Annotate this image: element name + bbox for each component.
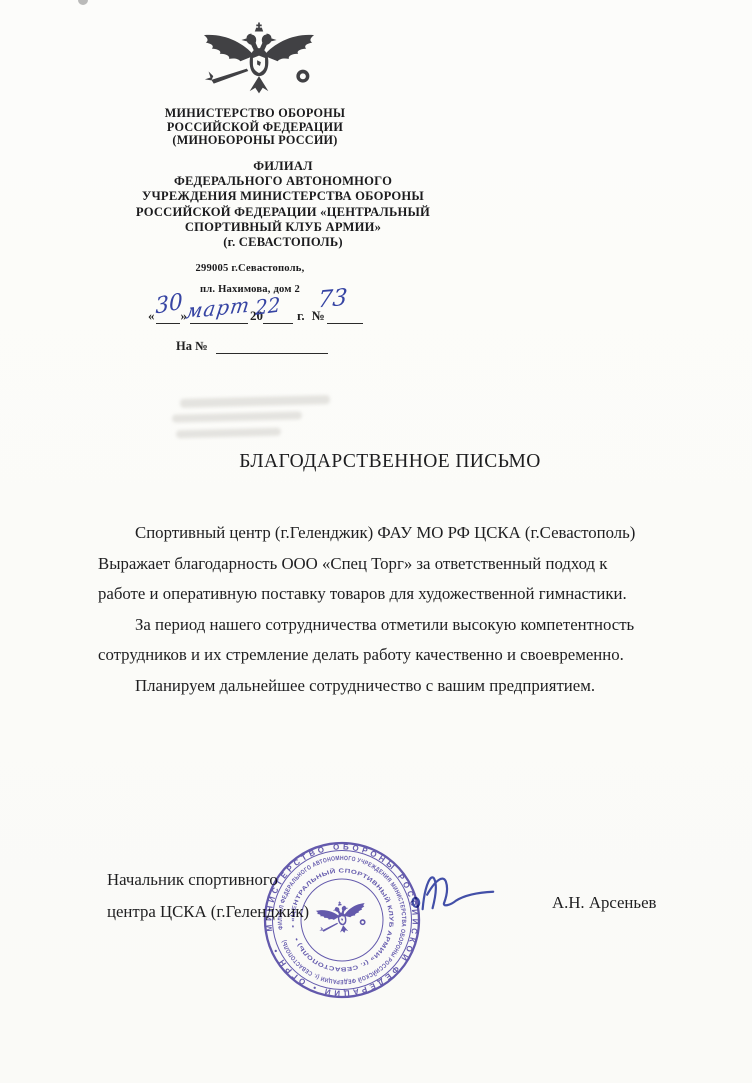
ministry-line: МИНИСТЕРСТВО ОБОРОНЫ bbox=[85, 107, 425, 121]
branch-line: ФИЛИАЛ bbox=[113, 159, 453, 174]
body-line: сотрудников и их стремление делать работ… bbox=[98, 640, 708, 671]
body-line: работе и оперативную поставку товаров дл… bbox=[98, 579, 708, 610]
reference-blank-line bbox=[216, 338, 328, 354]
reference-number-line: На № bbox=[176, 336, 328, 354]
ministry-line: (МИНОБОРОНЫ РОССИИ) bbox=[85, 134, 425, 148]
signer-name: А.Н. Арсеньев bbox=[552, 893, 656, 913]
reference-label: На № bbox=[176, 339, 208, 354]
bleed-through-artifact bbox=[172, 411, 302, 422]
letter-title: БЛАГОДАРСТВЕННОЕ ПИСЬМО bbox=[14, 451, 752, 473]
handwritten-year: 22 bbox=[255, 292, 280, 320]
stamp-eagle-icon bbox=[315, 898, 369, 937]
official-round-stamp: МИНИСТЕРСТВО ОБОРОНЫ РОССИЙСКОЙ ФЕДЕРАЦИ… bbox=[250, 828, 433, 1011]
bleed-through-artifact bbox=[180, 395, 330, 408]
branch-name-block: ФИЛИАЛ ФЕДЕРАЛЬНОГО АВТОНОМНОГО УЧРЕЖДЕН… bbox=[113, 159, 453, 250]
scan-speck-artifact bbox=[78, 0, 88, 5]
body-line: Планируем дальнейшее сотрудничество с ва… bbox=[98, 671, 708, 702]
ministry-name-block: МИНИСТЕРСТВО ОБОРОНЫ РОССИЙСКОЙ ФЕДЕРАЦИ… bbox=[85, 107, 425, 148]
opening-quote: « bbox=[147, 308, 156, 324]
body-line: Спортивный центр (г.Геленджик) ФАУ МО РФ… bbox=[98, 518, 708, 549]
letter-body: Спортивный центр (г.Геленджик) ФАУ МО РФ… bbox=[98, 518, 708, 702]
ministry-line: РОССИЙСКОЙ ФЕДЕРАЦИИ bbox=[85, 121, 425, 135]
branch-line: РОССИЙСКОЙ ФЕДЕРАЦИИ «ЦЕНТРАЛЬНЫЙ bbox=[113, 205, 453, 220]
scanned-letter-page: МИНИСТЕРСТВО ОБОРОНЫ РОССИЙСКОЙ ФЕДЕРАЦИ… bbox=[0, 0, 752, 1083]
branch-line: УЧРЕЖДЕНИЯ МИНИСТЕРСТВА ОБОРОНЫ bbox=[113, 189, 453, 204]
branch-line: (г. СЕВАСТОПОЛЬ) bbox=[113, 235, 453, 250]
mod-eagle-emblem-icon bbox=[195, 22, 323, 106]
handwritten-day: 30 bbox=[155, 289, 183, 319]
year-label: г. bbox=[297, 308, 305, 324]
bleed-through-artifact bbox=[176, 428, 281, 439]
body-line: За период нашего сотрудничества отметили… bbox=[98, 610, 708, 641]
branch-line: ФЕДЕРАЛЬНОГО АВТОНОМНОГО bbox=[113, 174, 453, 189]
address-line: 299005 г.Севастополь, bbox=[80, 259, 420, 280]
handwritten-outgoing-number: 73 bbox=[317, 285, 348, 314]
branch-line: СПОРТИВНЫЙ КЛУБ АРМИИ» bbox=[113, 220, 453, 235]
body-line: Выражает благодарность ООО «Спец Торг» з… bbox=[98, 549, 708, 580]
